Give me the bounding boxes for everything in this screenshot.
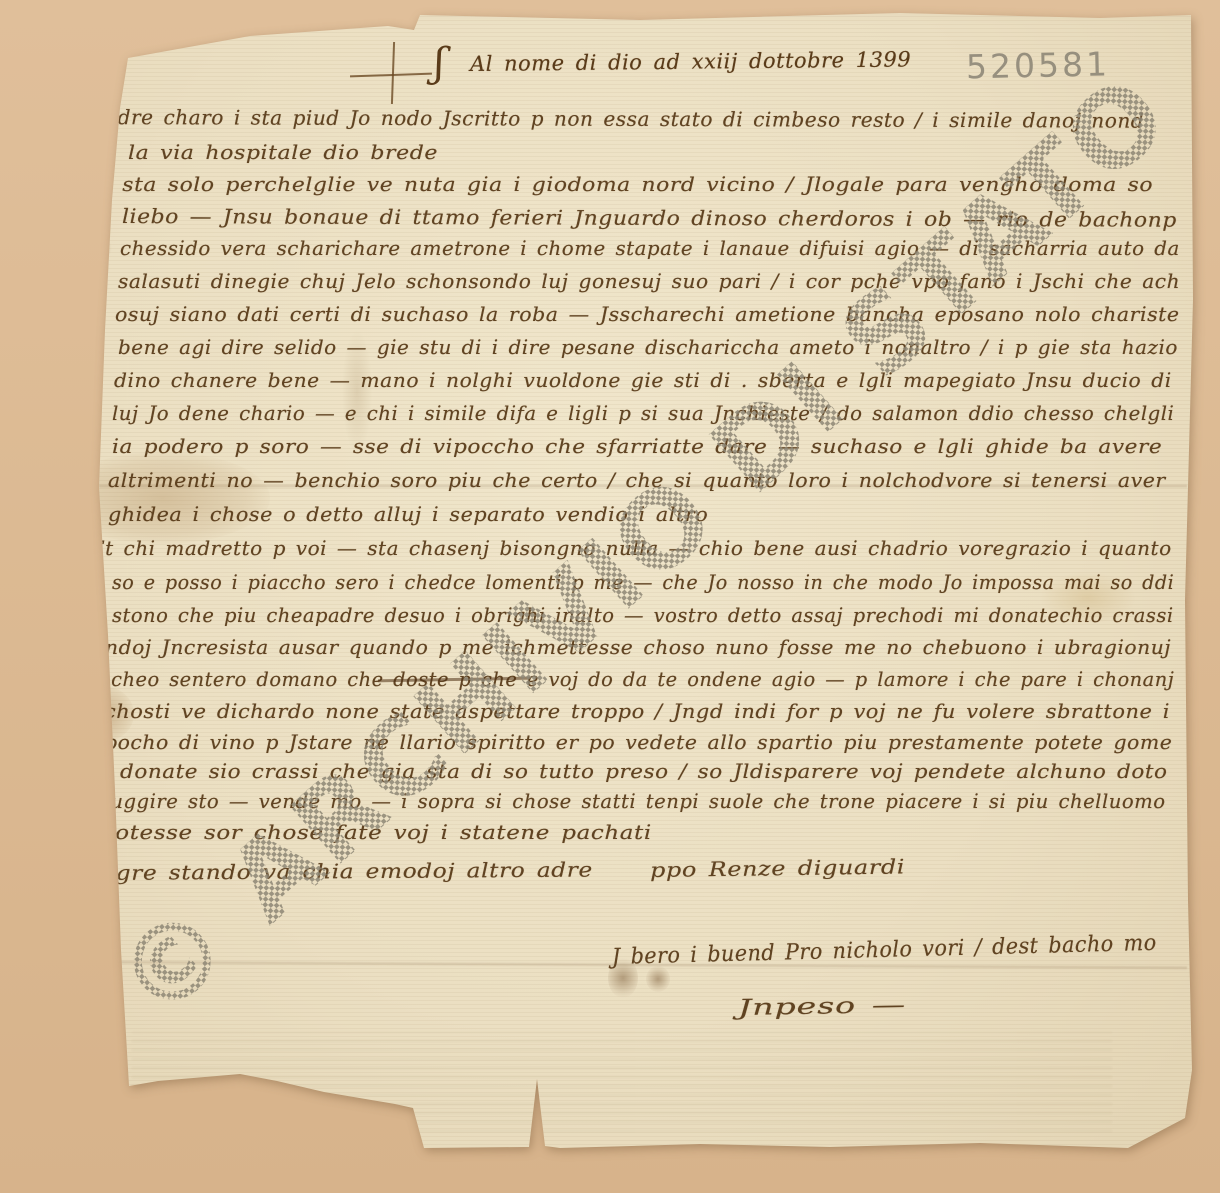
paper-stain <box>55 452 270 544</box>
manuscript-line: Jnpeso — <box>738 993 906 1022</box>
date-line: Al nome di dio ad xxiij dottobre 1399 <box>470 48 870 76</box>
letter-scan: ʃ Al nome di dio ad xxiij dottobre 1399 … <box>0 0 1220 1193</box>
manuscript-line: osuj siano dati certi di suchaso la roba… <box>115 301 1180 327</box>
manuscript-line: ndoj Jncresista ausar quando p me ichmet… <box>105 634 1171 660</box>
manuscript-line: stono che piu cheapadre desuo i obrighi … <box>112 602 1174 628</box>
archive-number: 520581 <box>966 45 1097 87</box>
paper-shadow: ʃ Al nome di dio ad xxiij dottobre 1399 … <box>0 0 1220 1193</box>
manuscript-line: pocho di vino p Jstare ne llario spiritt… <box>104 729 1172 755</box>
manuscript-paper: ʃ Al nome di dio ad xxiij dottobre 1399 … <box>0 0 1220 1193</box>
manuscript-line: P gre stando va chia emodoj altro adre <box>88 856 593 886</box>
manuscript-line: Padre charo i sta piud Jo nodo Jscritto … <box>92 104 1144 134</box>
manuscript-line: P cheo sentero domano che doste p che e … <box>88 666 1174 692</box>
manuscript-line: altrimenti no — benchio soro piu che cer… <box>108 467 1166 493</box>
paper-stain <box>84 234 112 262</box>
manuscript-line: ia podero p soro — sse di vipoccho che s… <box>112 433 1162 459</box>
manuscript-line: la via hospitale dio brede <box>128 139 438 165</box>
manuscript-line: chosti ve dichardo none state aspettare … <box>104 698 1170 724</box>
manuscript-line: bene agi dire selido — gie stu di i dire… <box>118 334 1178 360</box>
manuscript-line: ppo Renze diguardi <box>650 853 905 883</box>
manuscript-line: dino chanere bene — mano i nolghi vuoldo… <box>114 367 1172 393</box>
manuscript-line: ghidea i chose o detto alluj i separato … <box>108 501 708 527</box>
manuscript-line: potesse sor chose fate voj i statene pac… <box>100 819 652 845</box>
manuscript-line: so e posso i piaccho sero i chedce lomen… <box>112 569 1174 595</box>
manuscript-line: i donate sio crassi che gia sta di so tu… <box>102 758 1168 784</box>
header-flourish: ʃ <box>434 40 445 86</box>
manuscript-line: chessido vera scharichare ametrone i cho… <box>120 235 1180 261</box>
manuscript-line: Et chi madretto p voi — sta chasenj biso… <box>90 535 1172 561</box>
manuscript-line: E sta solo perchelglie ve nuta gia i gio… <box>95 171 1153 197</box>
manuscript-line: salasuti dinegie chuj Jelo schonsondo lu… <box>118 268 1180 294</box>
verso-ink-showthrough <box>132 1032 1112 1132</box>
manuscript-line: liebo — Jnsu bonaue di ttamo ferieri Jng… <box>122 203 1177 233</box>
manuscript-line: Juggire sto — vende mo — i sopra si chos… <box>102 788 1166 814</box>
manuscript-line: luj Jo dene chario — e chi i simile difa… <box>112 400 1174 426</box>
